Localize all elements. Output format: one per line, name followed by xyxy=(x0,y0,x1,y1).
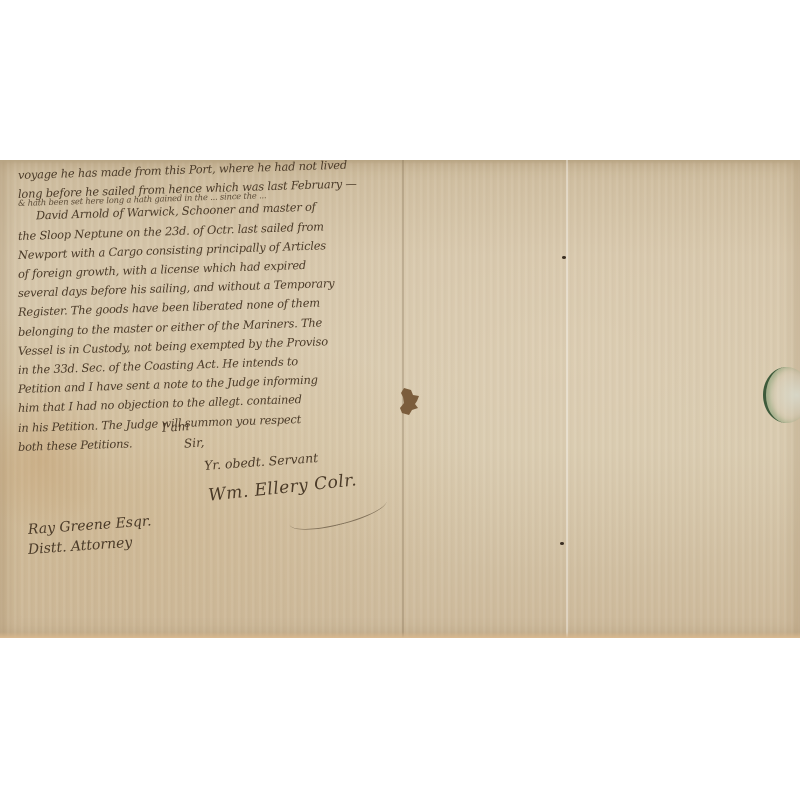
ink-speck xyxy=(560,542,564,545)
wax-seal-icon xyxy=(763,367,800,423)
addressee-block: Ray Greene Esqr. Distt. Attorney xyxy=(28,520,152,560)
fold-line xyxy=(566,160,568,638)
ink-speck xyxy=(562,256,566,259)
closing-salutation: Sir, xyxy=(184,435,205,450)
closing-line: I am xyxy=(162,419,190,435)
paper-hole-icon xyxy=(397,386,425,416)
letter-body: voyage he has made from this Port, where… xyxy=(18,166,413,457)
letter-sheet: voyage he has made from this Port, where… xyxy=(0,160,800,638)
